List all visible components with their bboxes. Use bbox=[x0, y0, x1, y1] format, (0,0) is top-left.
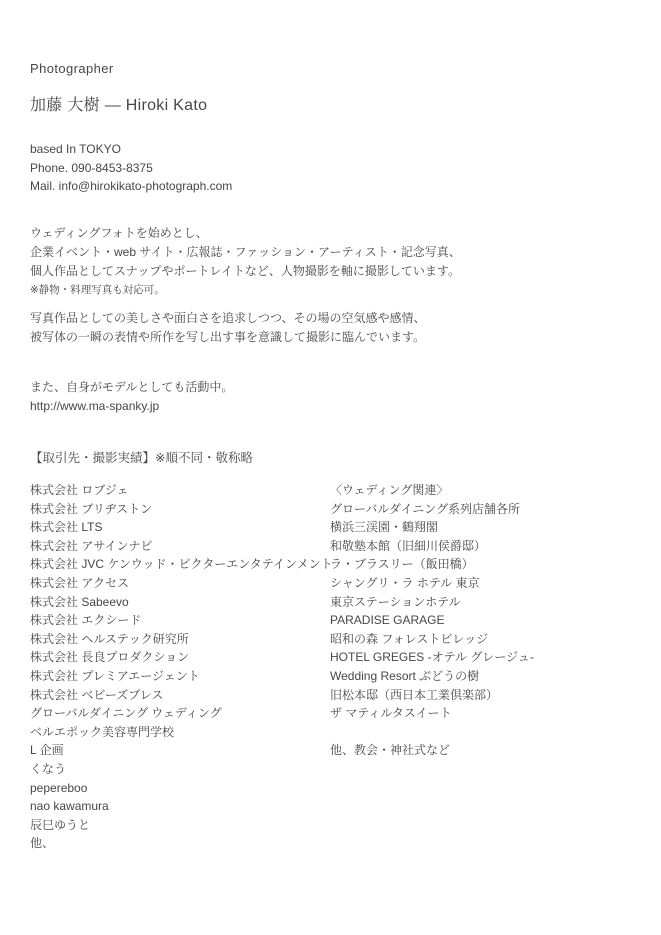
client-row: pepereboo bbox=[30, 779, 328, 798]
model-activity-text: また、自身がモデルとしても活動中。 bbox=[30, 378, 233, 397]
intro-line: 個人作品としてスナップやポートレイトなど、人物撮影を軸に撮影しています。 bbox=[30, 262, 461, 281]
client-row: ザ マティルタスイート bbox=[330, 704, 660, 723]
philosophy-paragraph: 写真作品としての美しさや面白さを追求しつつ、その場の空気感や感情、被写体の一瞬の… bbox=[30, 309, 426, 347]
client-row: 株式会社 ロブジェ bbox=[30, 481, 328, 500]
client-row: 昭和の森 フォレストビレッジ bbox=[330, 630, 660, 649]
client-row: 〈ウェディング関連〉 bbox=[330, 481, 660, 500]
client-row: ラ・ブラスリー（飯田橋） bbox=[330, 555, 660, 574]
client-row: グローバルダイニング系列店舗各所 bbox=[330, 500, 660, 519]
philosophy-line: 被写体の一瞬の表情や所作を写し出す事を意識して撮影に臨んでいます。 bbox=[30, 328, 426, 347]
client-row: 他、 bbox=[30, 834, 328, 853]
client-row: ベルエポック美容専門学校 bbox=[30, 723, 328, 742]
document-page: Photographer 加藤 大樹 — Hiroki Kato based I… bbox=[0, 0, 661, 935]
clients-left-column: 株式会社 ロブジェ株式会社 ブリヂストン株式会社 LTS株式会社 アサインナビ株… bbox=[30, 481, 328, 853]
photographer-name: 加藤 大樹 — Hiroki Kato bbox=[30, 92, 207, 115]
philosophy-lines: 写真作品としての美しさや面白さを追求しつつ、その場の空気感や感情、被写体の一瞬の… bbox=[30, 309, 426, 347]
intro-line: 企業イベント・web サイト・広報誌・ファッション・アーティスト・記念写真、 bbox=[30, 243, 461, 262]
client-row: Wedding Resort ぶどうの樹 bbox=[330, 667, 660, 686]
client-row: シャングリ・ラ ホテル 東京 bbox=[330, 574, 660, 593]
client-row: 横浜三渓園・鶴翔閣 bbox=[330, 518, 660, 537]
client-row: グローバルダイニング ウェディング bbox=[30, 704, 328, 723]
contact-mail-line: Mail. info@hirokikato-photograph.com bbox=[30, 177, 232, 196]
client-row: nao kawamura bbox=[30, 797, 328, 816]
client-row: L 企画 bbox=[30, 741, 328, 760]
contact-block: based In TOKYO Phone. 090-8453-8375 Mail… bbox=[30, 140, 232, 196]
client-row: くなう bbox=[30, 760, 328, 779]
client-row: 和敬塾本館（旧細川侯爵邸） bbox=[330, 537, 660, 556]
client-row: 株式会社 エクシード bbox=[30, 611, 328, 630]
model-activity-block: また、自身がモデルとしても活動中。 http://www.ma-spanky.j… bbox=[30, 378, 233, 415]
clients-section-heading: 【取引先・撮影実績】※順不同・敬称略 bbox=[30, 448, 253, 466]
intro-paragraph: ウェディングフォトを始めとし、企業イベント・web サイト・広報誌・ファッション… bbox=[30, 224, 461, 299]
client-row: HOTEL GREGES -オテル グレージュ- bbox=[330, 648, 660, 667]
client-row bbox=[330, 723, 660, 742]
clients-right-column: 〈ウェディング関連〉グローバルダイニング系列店舗各所横浜三渓園・鶴翔閣和敬塾本館… bbox=[330, 481, 660, 760]
client-row: 株式会社 ヘルステック研究所 bbox=[30, 630, 328, 649]
client-row: PARADISE GARAGE bbox=[330, 611, 660, 630]
client-row: 株式会社 ブリヂストン bbox=[30, 500, 328, 519]
intro-line: ウェディングフォトを始めとし、 bbox=[30, 224, 461, 243]
intro-lines: ウェディングフォトを始めとし、企業イベント・web サイト・広報誌・ファッション… bbox=[30, 224, 461, 281]
contact-based-line: based In TOKYO bbox=[30, 140, 232, 159]
model-website-url: http://www.ma-spanky.jp bbox=[30, 397, 233, 416]
client-row: 旧松本邸（西日本工業倶楽部） bbox=[330, 686, 660, 705]
role-label: Photographer bbox=[30, 61, 114, 76]
client-row: 株式会社 ベビーズブレス bbox=[30, 686, 328, 705]
client-row: 東京ステーションホテル bbox=[330, 593, 660, 612]
client-row: 株式会社 アサインナビ bbox=[30, 537, 328, 556]
contact-phone-line: Phone. 090-8453-8375 bbox=[30, 159, 232, 178]
client-row: 株式会社 長良プロダクション bbox=[30, 648, 328, 667]
client-row: 株式会社 Sabeevo bbox=[30, 593, 328, 612]
client-row: 株式会社 JVC ケンウッド・ビクターエンタテインメント bbox=[30, 555, 328, 574]
client-row: 株式会社 プレミアエージェント bbox=[30, 667, 328, 686]
client-row: 株式会社 アクセス bbox=[30, 574, 328, 593]
intro-note: ※静物・料理写真も対応可。 bbox=[30, 281, 461, 299]
client-row: 他、教会・神社式など bbox=[330, 741, 660, 760]
philosophy-line: 写真作品としての美しさや面白さを追求しつつ、その場の空気感や感情、 bbox=[30, 309, 426, 328]
client-row: 株式会社 LTS bbox=[30, 518, 328, 537]
client-row: 辰巳ゆうと bbox=[30, 816, 328, 835]
